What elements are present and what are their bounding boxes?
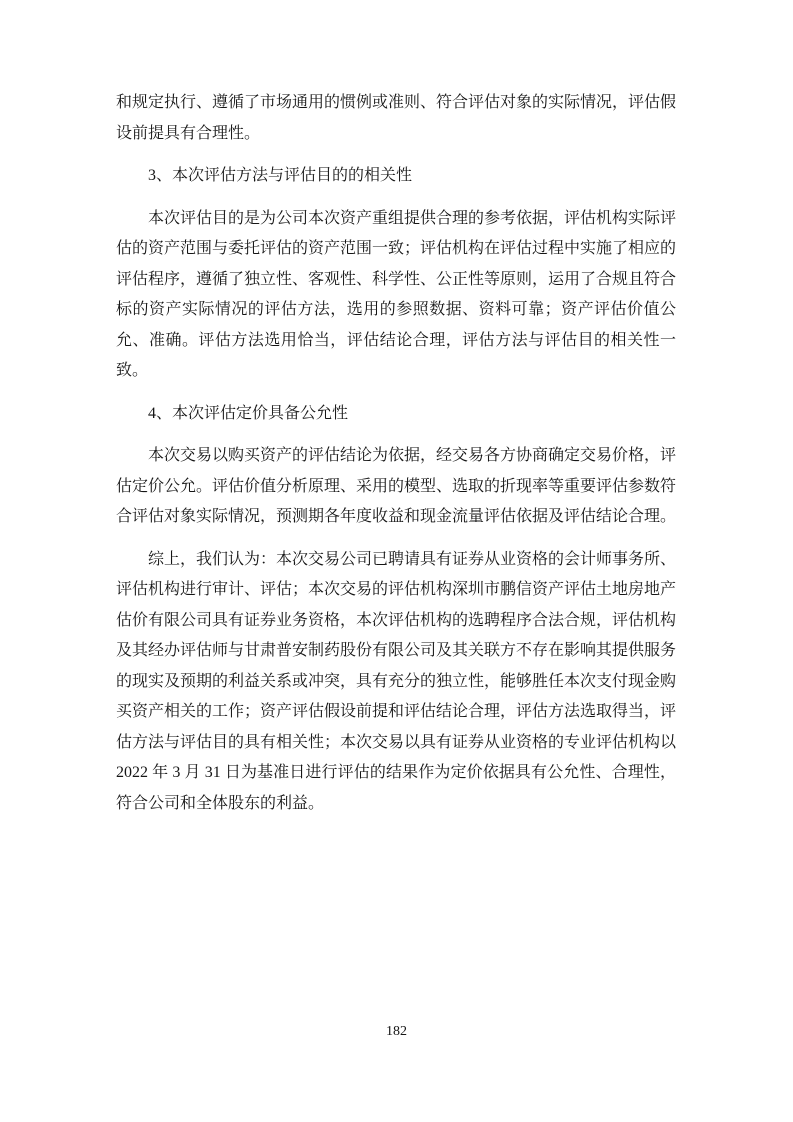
document-page: 和规定执行、遵循了市场通用的惯例或准则、符合评估对象的实际情况，评估假设前提具有…: [0, 0, 793, 1122]
document-body: 和规定执行、遵循了市场通用的惯例或准则、符合评估对象的实际情况，评估假设前提具有…: [116, 88, 676, 831]
section-heading-4: 4、本次评估定价具备公允性: [116, 399, 676, 430]
paragraph-conclusion: 综上，我们认为：本次交易公司已聘请具有证券从业资格的会计师事务所、评估机构进行审…: [116, 545, 676, 820]
paragraph-method-relevance: 本次评估目的是为公司本次资产重组提供合理的参考依据，评估机构实际评估的资产范围与…: [116, 204, 676, 387]
paragraph-pricing-fairness: 本次交易以购买资产的评估结论为依据，经交易各方协商确定交易价格，评估定价公允。评…: [116, 441, 676, 533]
section-heading-3: 3、本次评估方法与评估目的的相关性: [116, 161, 676, 192]
page-number: 182: [0, 1023, 793, 1041]
paragraph-continuation: 和规定执行、遵循了市场通用的惯例或准则、符合评估对象的实际情况，评估假设前提具有…: [116, 88, 676, 149]
